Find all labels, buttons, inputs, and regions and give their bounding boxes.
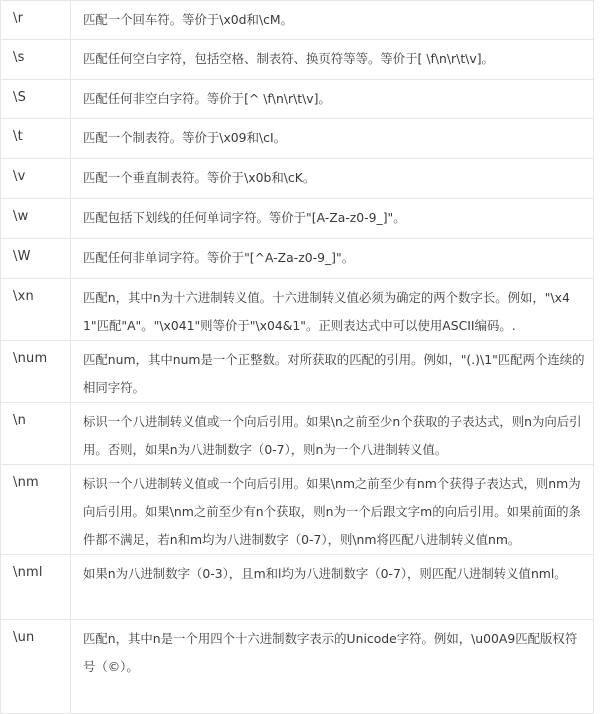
regex-token: \S — [1, 80, 71, 119]
regex-token: \v — [1, 159, 71, 199]
table-row: \W 匹配任何非单词字符。等价于"[^A-Za-z0-9_]"。 — [1, 239, 594, 279]
regex-description: 匹配n，其中n是一个用四个十六进制数字表示的Unicode字符。例如，\u00A… — [71, 620, 594, 701]
regex-token: \w — [1, 199, 71, 239]
regex-description: 标识一个八进制转义值或一个向后引用。如果\nm之前至少有nm个获得子表达式，则n… — [71, 465, 594, 555]
regex-description: 匹配num，其中num是一个正整数。对所获取的匹配的引用。例如，"(.)\1"匹… — [71, 341, 594, 403]
regex-token: \num — [1, 341, 71, 403]
table-row: \t 匹配一个制表符。等价于\x09和\cI。 — [1, 119, 594, 159]
regex-description: 如果n为八进制数字（0-3），且m和l均为八进制数字（0-7），则匹配八进制转义… — [71, 555, 594, 620]
regex-token: \r — [1, 1, 71, 40]
regex-token: \nml — [1, 555, 71, 620]
table-row: \un 匹配n，其中n是一个用四个十六进制数字表示的Unicode字符。例如，\… — [1, 620, 594, 701]
regex-description: 匹配任何非单词字符。等价于"[^A-Za-z0-9_]"。 — [71, 239, 594, 279]
regex-token: \W — [1, 239, 71, 279]
regex-description: 匹配n，其中n为十六进制转义值。十六进制转义值必须为确定的两个数字长。例如，"\… — [71, 279, 594, 341]
table-row: \nm 标识一个八进制转义值或一个向后引用。如果\nm之前至少有nm个获得子表达… — [1, 465, 594, 555]
table-row: \w 匹配包括下划线的任何单词字符。等价于"[A-Za-z0-9_]"。 — [1, 199, 594, 239]
regex-reference-table: \r 匹配一个回车符。等价于\x0d和\cM。 \s 匹配任何空白字符，包括空格… — [0, 0, 594, 700]
table-row: \num 匹配num，其中num是一个正整数。对所获取的匹配的引用。例如，"(.… — [1, 341, 594, 403]
regex-token: \n — [1, 403, 71, 465]
regex-token: \un — [1, 620, 71, 701]
regex-token: \nm — [1, 465, 71, 555]
regex-description: 匹配任何非空白字符。等价于[^ \f\n\r\t\v]。 — [71, 80, 594, 119]
table-row: \v 匹配一个垂直制表符。等价于\x0b和\cK。 — [1, 159, 594, 199]
regex-token: \s — [1, 40, 71, 80]
regex-description: 匹配任何空白字符，包括空格、制表符、换页符等等。等价于[ \f\n\r\t\v]… — [71, 40, 594, 80]
table-row: \xn 匹配n，其中n为十六进制转义值。十六进制转义值必须为确定的两个数字长。例… — [1, 279, 594, 341]
regex-description: 匹配一个垂直制表符。等价于\x0b和\cK。 — [71, 159, 594, 199]
table-row: \n 标识一个八进制转义值或一个向后引用。如果\n之前至少n个获取的子表达式，则… — [1, 403, 594, 465]
table-row: \S 匹配任何非空白字符。等价于[^ \f\n\r\t\v]。 — [1, 80, 594, 119]
regex-description: 匹配一个回车符。等价于\x0d和\cM。 — [71, 1, 594, 40]
regex-description: 匹配包括下划线的任何单词字符。等价于"[A-Za-z0-9_]"。 — [71, 199, 594, 239]
regex-description: 匹配一个制表符。等价于\x09和\cI。 — [71, 119, 594, 159]
regex-token: \xn — [1, 279, 71, 341]
table-row: \r 匹配一个回车符。等价于\x0d和\cM。 — [1, 1, 594, 40]
table-row: \s 匹配任何空白字符，包括空格、制表符、换页符等等。等价于[ \f\n\r\t… — [1, 40, 594, 80]
regex-token: \t — [1, 119, 71, 159]
regex-description: 标识一个八进制转义值或一个向后引用。如果\n之前至少n个获取的子表达式，则n为向… — [71, 403, 594, 465]
table-row: \nml 如果n为八进制数字（0-3），且m和l均为八进制数字（0-7），则匹配… — [1, 555, 594, 620]
